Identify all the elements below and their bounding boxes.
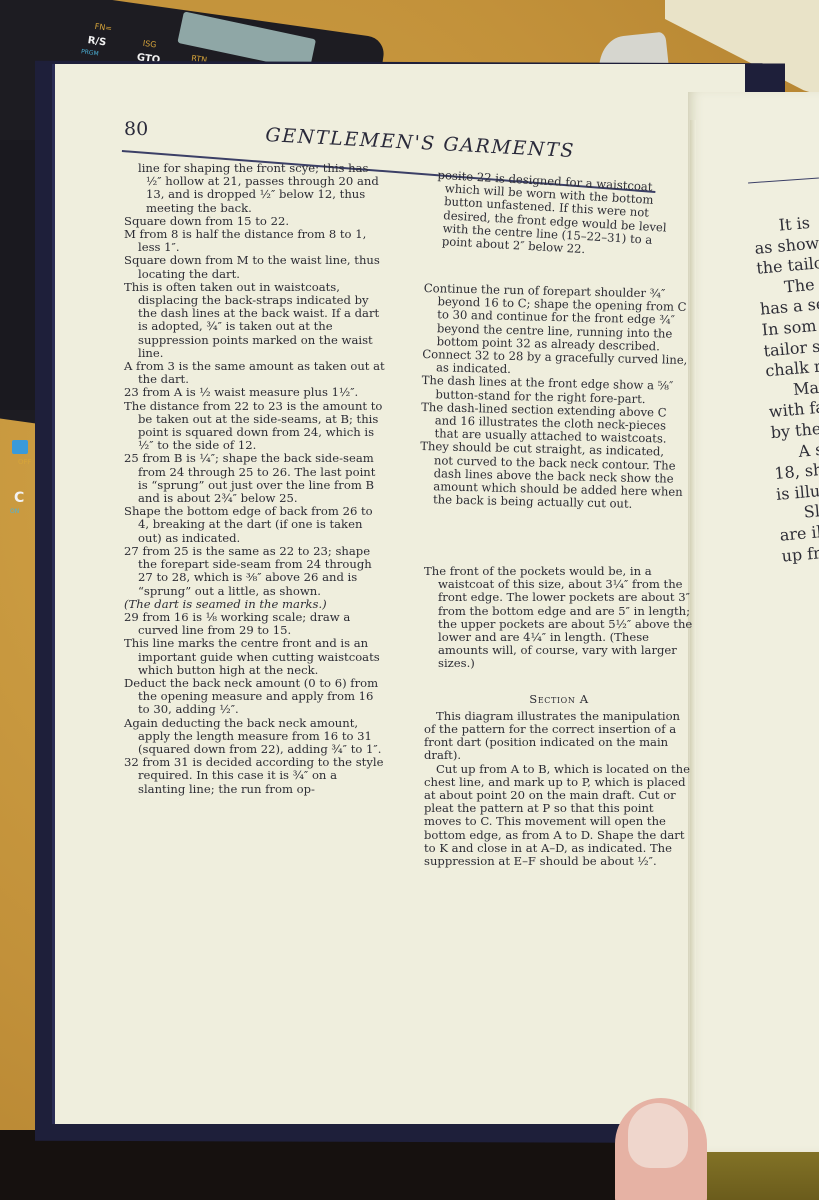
paragraph: Again deducting the back neck amount, ap… bbox=[124, 717, 386, 757]
paragraph: 23 from A is ½ waist measure plus 1½″. bbox=[124, 386, 386, 399]
paragraph: The front of the pockets would be, in a … bbox=[424, 565, 694, 671]
calc-on-label: ON bbox=[10, 508, 19, 515]
calc-off-label: OFF bbox=[18, 458, 32, 466]
right-column-bottom: The front of the pockets would be, in a … bbox=[424, 565, 694, 868]
paragraph: A from 3 is the same amount as taken out… bbox=[124, 360, 386, 386]
section-heading: Section A bbox=[424, 693, 694, 706]
calc-shift-label: ISG bbox=[142, 39, 157, 50]
paragraph: Shape the bottom edge of back from 26 to… bbox=[124, 505, 386, 545]
paragraph: M from 8 is half the distance from 8 to … bbox=[124, 228, 386, 254]
right-column-middle: Continue the run of forepart shoulder ¾″… bbox=[419, 282, 690, 512]
paragraph: This diagram illustrates the manipulatio… bbox=[424, 710, 694, 763]
right-column-top: posite 22 is designed for a waistcoat wh… bbox=[420, 168, 686, 262]
paragraph: Square down from M to the waist line, th… bbox=[124, 254, 386, 280]
paragraph: posite 22 is designed for a waistcoat wh… bbox=[420, 168, 686, 262]
page-number: 80 bbox=[124, 118, 148, 140]
paragraph: This is often taken out in waistcoats, d… bbox=[124, 281, 386, 360]
calc-shift-label: FN= bbox=[94, 22, 112, 33]
calc-shift-key[interactable] bbox=[12, 440, 28, 454]
left-column: line for shaping the front scye; this ha… bbox=[124, 162, 386, 796]
paragraph: They should be cut straight, as indicate… bbox=[419, 440, 686, 512]
calc-key-c[interactable]: C bbox=[14, 490, 24, 506]
thumbnail-nail bbox=[628, 1103, 688, 1168]
paragraph: 25 from B is ¼″; shape the back side-sea… bbox=[124, 452, 386, 505]
paragraph: Continue the run of forepart shoulder ¾″… bbox=[423, 282, 690, 354]
paragraph: This line marks the centre front and is … bbox=[124, 637, 386, 677]
calc-alt-label: PRGM bbox=[81, 48, 99, 57]
paragraph: (The dart is seamed in the marks.) bbox=[124, 598, 386, 611]
paragraph: 29 from 16 is ⅛ working scale; draw a cu… bbox=[124, 611, 386, 637]
paragraph: The distance from 22 to 23 is the amount… bbox=[124, 400, 386, 453]
paragraph: Cut up from A to B, which is located on … bbox=[424, 763, 694, 869]
paragraph: line for shaping the front scye; this ha… bbox=[124, 162, 386, 215]
paragraph: 32 from 31 is decided according to the s… bbox=[124, 756, 386, 796]
paragraph: Deduct the back neck amount (0 to 6) fro… bbox=[124, 677, 386, 717]
paragraph: 27 from 25 is the same as 22 to 23; shap… bbox=[124, 545, 386, 598]
calc-key-rs[interactable]: R/S bbox=[87, 35, 107, 48]
